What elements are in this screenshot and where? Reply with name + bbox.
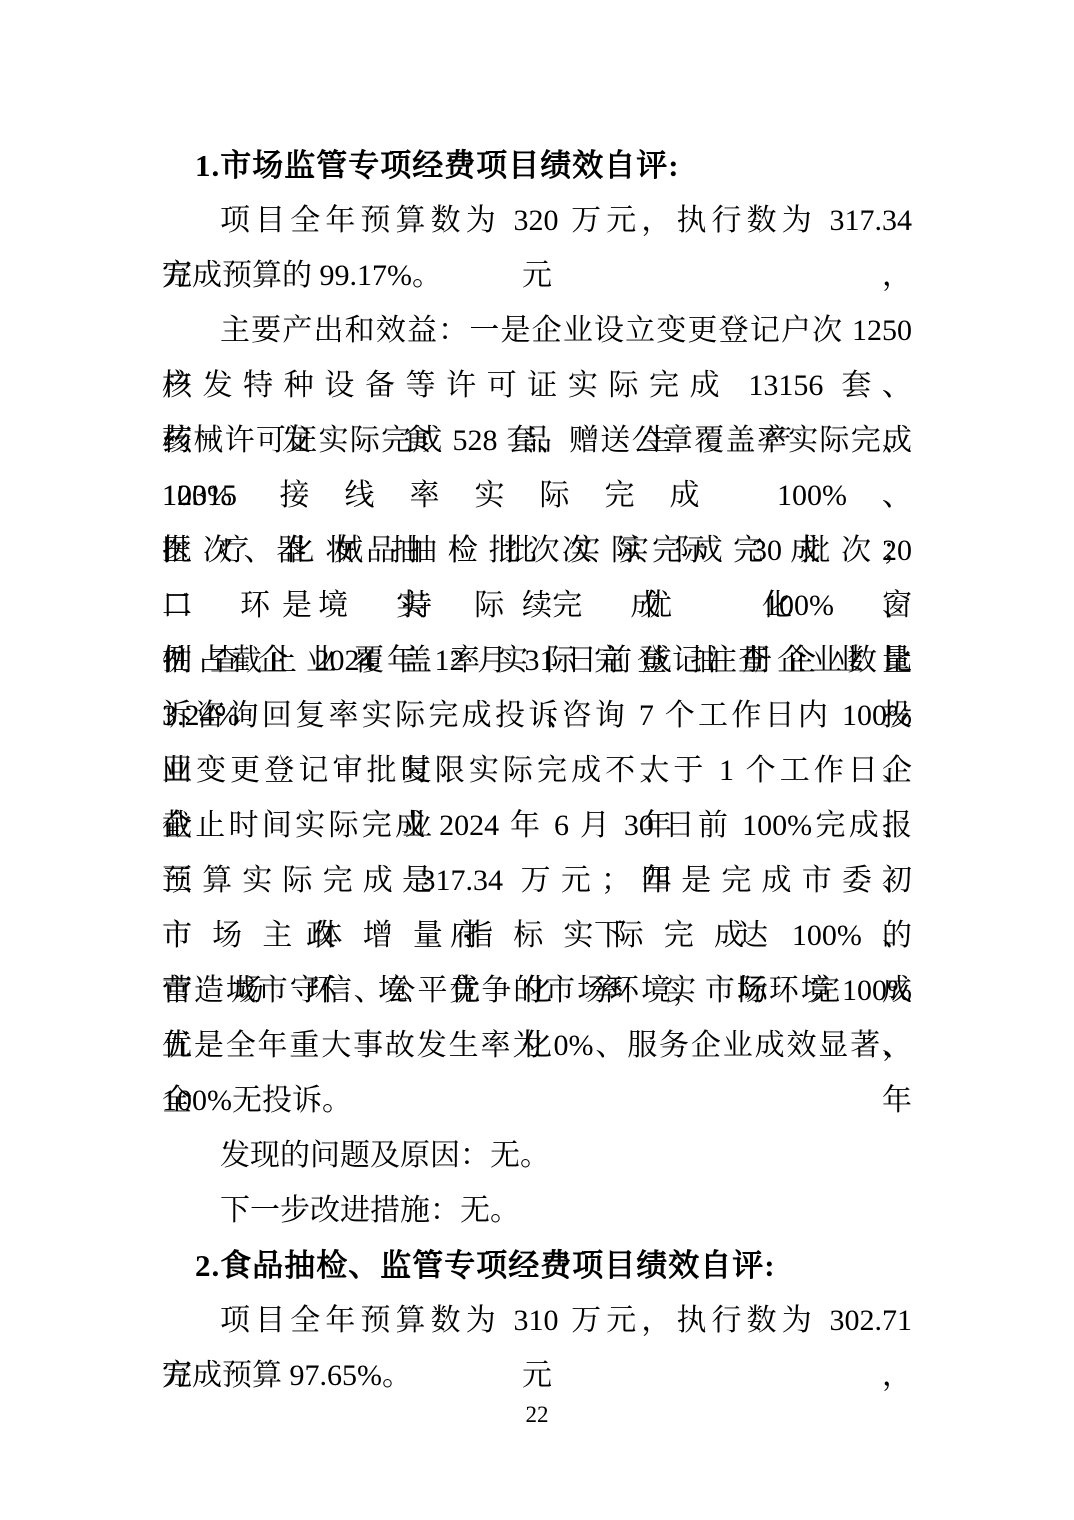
doc-line: 例占截止 2024 年 12 月 31 日前登记注册企业数量 3.24%、投 bbox=[162, 633, 912, 688]
doc-line: 主要产出和效益：一是企业设立变更登记户次 1250 户、 bbox=[162, 303, 912, 358]
doc-line: 口环境实际完成 100%、抽查企业覆盖率实际完成抽查企业比 bbox=[162, 578, 912, 633]
doc-line: 发现的问题及原因：无。 bbox=[162, 1128, 912, 1183]
doc-line: 市场主体增量指标实际完成 100%、市场环境优化率实际完成 bbox=[162, 908, 912, 963]
doc-line: 五是全年重大事故发生率为 0%、服务企业成效显著，全年 bbox=[162, 1018, 912, 1073]
section-2-heading: 2.食品抽检、监管专项经费项目绩效自评: bbox=[162, 1238, 912, 1293]
doc-line: 项目全年预算数为 320 万元，执行数为 317.34 万元， bbox=[162, 193, 912, 248]
doc-line: 批次、化妆品抽检批次实际完成 30 批次；二是持续优化窗 bbox=[162, 523, 912, 578]
doc-line: 下一步改进措施：无。 bbox=[162, 1183, 912, 1238]
document-page: 1.市场监管专项经费项目绩效自评: 项目全年预算数为 320 万元，执行数为 3… bbox=[0, 0, 1074, 1520]
doc-line: 截止时间实际完成 2024 年 6 月 30 日前 100%完成、三是年初 bbox=[162, 798, 912, 853]
doc-line: 业变更登记审批时限实际完成不大于 1 个工作日、企业年报 bbox=[162, 743, 912, 798]
doc-line: 营造城市守信、公平竞争的市场环境，市场环境 100%优化、 bbox=[162, 963, 912, 1018]
document-body: 1.市场监管专项经费项目绩效自评: 项目全年预算数为 320 万元，执行数为 3… bbox=[162, 138, 912, 1403]
doc-line: 诉咨询回复率实际完成投诉咨询 7 个工作日内 100%回复、企 bbox=[162, 688, 912, 743]
section-1-heading: 1.市场监管专项经费项目绩效自评: bbox=[162, 138, 912, 193]
doc-line: 核发特种设备等许可证实际完成 13156 套、核发食品生产、 bbox=[162, 358, 912, 413]
page-number: 22 bbox=[0, 1400, 1074, 1430]
doc-line: 项目全年预算数为 310 万元，执行数为 302.71 万元， bbox=[162, 1293, 912, 1348]
doc-line: 药械许可证实际完成 528 套、赠送公章覆盖率实际完成 100%、 bbox=[162, 413, 912, 468]
doc-line: 预算实际完成 317.34 万元；四是完成市委、市政府下达的 bbox=[162, 853, 912, 908]
doc-line: 12315 接线率实际完成 100%、医疗器械抽检批次实际完成 20 bbox=[162, 468, 912, 523]
